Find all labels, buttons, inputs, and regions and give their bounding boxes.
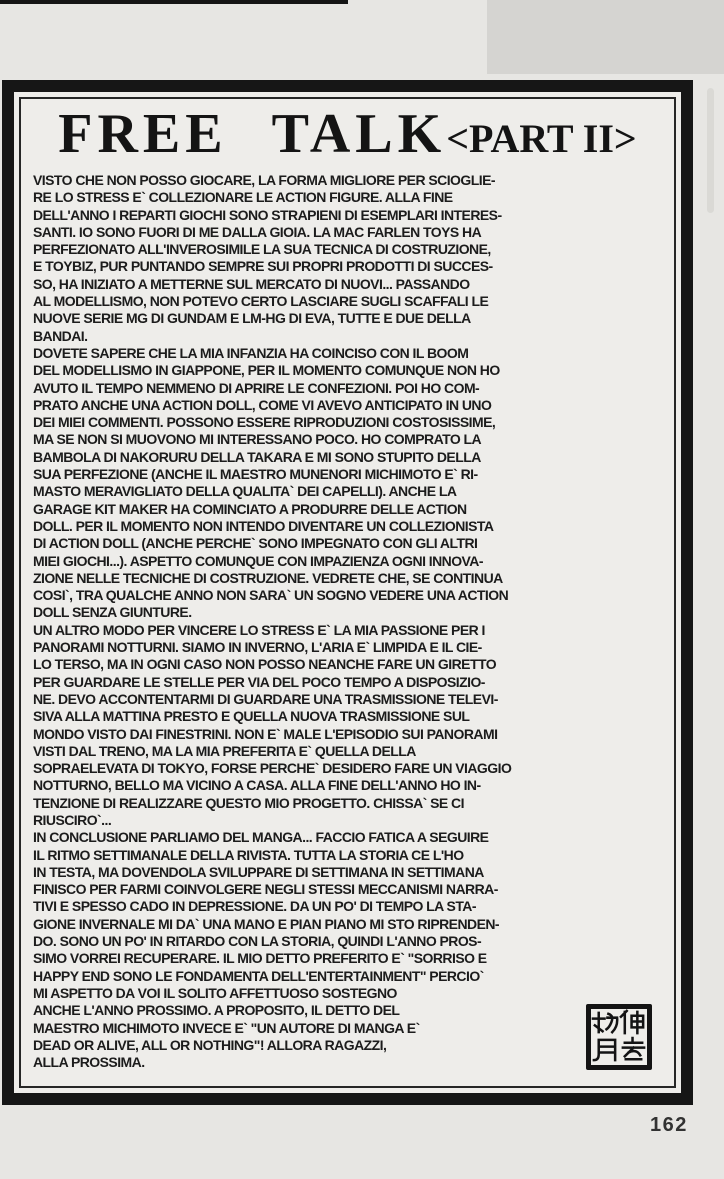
text-line: VISTO CHE NON POSSO GIOCARE, LA FORMA MI… — [33, 172, 683, 189]
text-line: HAPPY END SONO LE FONDAMENTA DELL'ENTERT… — [33, 968, 683, 985]
text-line: DELL'ANNO I REPARTI GIOCHI SONO STRAPIEN… — [33, 207, 683, 224]
text-line: ZIONE NELLE TECNICHE DI COSTRUZIONE. VED… — [33, 570, 683, 587]
text-line: MIEI GIOCHI...). ASPETTO COMUNQUE CON IM… — [33, 553, 683, 570]
text-line: UN ALTRO MODO PER VINCERE LO STRESS E` L… — [33, 622, 683, 639]
text-line: IN TESTA, MA DOVENDOLA SVILUPPARE DI SET… — [33, 864, 683, 881]
text-line: E TOYBIZ, PUR PUNTANDO SEMPRE SUI PROPRI… — [33, 258, 683, 275]
text-line: DOLL. PER IL MOMENTO NON INTENDO DIVENTA… — [33, 518, 683, 535]
text-line: VISTI DAL TRENO, MA LA MIA PREFERITA E` … — [33, 743, 683, 760]
text-line: PER GUARDARE LE STELLE PER VIA DEL POCO … — [33, 674, 683, 691]
text-line: AVUTO IL TEMPO NEMMENO DI APRIRE LE CONF… — [33, 380, 683, 397]
text-line: SO, HA INIZIATO A METTERNE SUL MERCATO D… — [33, 276, 683, 293]
text-line: RE LO STRESS E` COLLEZIONARE LE ACTION F… — [33, 189, 683, 206]
scan-edge-streak — [707, 88, 714, 213]
title-word-talk: TALK — [272, 103, 447, 165]
text-line: DEI MIEI COMMENTI. POSSONO ESSERE RIPROD… — [33, 414, 683, 431]
body-text: VISTO CHE NON POSSO GIOCARE, LA FORMA MI… — [33, 172, 683, 1071]
text-line: LO TERSO, MA IN OGNI CASO NON POSSO NEAN… — [33, 656, 683, 673]
text-line: NUOVE SERIE MG DI GUNDAM E LM-HG DI EVA,… — [33, 310, 683, 327]
text-line: SANTI. IO SONO FUORI DI ME DALLA GIOIA. … — [33, 224, 683, 241]
text-line: SUA PERFEZIONE (ANCHE IL MAESTRO MUNENOR… — [33, 466, 683, 483]
page-title: FREETALK<PART II> — [14, 105, 681, 164]
text-line: GIONE INVERNALE MI DA` UNA MANO E PIAN P… — [33, 916, 683, 933]
text-line: DOLL SENZA GIUNTURE. — [33, 604, 683, 621]
title-word-free: FREE — [58, 103, 227, 165]
text-line: MASTO MERAVIGLIATO DELLA QUALITA` DEI CA… — [33, 483, 683, 500]
text-line: IL RITMO SETTIMANALE DELLA RIVISTA. TUTT… — [33, 847, 683, 864]
text-line: DO. SONO UN PO' IN RITARDO CON LA STORIA… — [33, 933, 683, 950]
page-number: 162 — [650, 1114, 688, 1137]
text-line: SIMO VORREI RECUPERARE. IL MIO DETTO PRE… — [33, 950, 683, 967]
text-line: NOTTURNO, BELLO MA VICINO A CASA. ALLA F… — [33, 777, 683, 794]
text-line: GARAGE KIT MAKER HA COMINCIATO A PRODURR… — [33, 501, 683, 518]
text-line: SOPRAELEVATA DI TOKYO, FORSE PERCHE` DES… — [33, 760, 683, 777]
text-line: DI ACTION DOLL (ANCHE PERCHE` SONO IMPEG… — [33, 535, 683, 552]
text-line: IN CONCLUSIONE PARLIAMO DEL MANGA... FAC… — [33, 829, 683, 846]
text-line: MI ASPETTO DA VOI IL SOLITO AFFETTUOSO S… — [33, 985, 683, 1002]
text-line: BANDAI. — [33, 328, 683, 345]
text-line: RIUSCIRO`... — [33, 812, 683, 829]
text-line: AL MODELLISMO, NON POTEVO CERTO LASCIARE… — [33, 293, 683, 310]
text-line: NE. DEVO ACCONTENTARMI DI GUARDARE UNA T… — [33, 691, 683, 708]
text-line: TIVI E SPESSO CADO IN DEPRESSIONE. DA UN… — [33, 898, 683, 915]
seal-kanji-icon — [591, 1009, 647, 1065]
text-line: BAMBOLA DI NAKORURU DELLA TAKARA E MI SO… — [33, 449, 683, 466]
text-line: DOVETE SAPERE CHE LA MIA INFANZIA HA COI… — [33, 345, 683, 362]
text-line: TENZIONE DI REALIZZARE QUESTO MIO PROGET… — [33, 795, 683, 812]
text-line: PANORAMI NOTTURNI. SIAMO IN INVERNO, L'A… — [33, 639, 683, 656]
scan-artifact-top-line — [0, 0, 348, 4]
scan-shadow — [487, 0, 724, 74]
text-line: SIVA ALLA MATTINA PRESTO E QUELLA NUOVA … — [33, 708, 683, 725]
title-part-label: <PART II> — [446, 116, 637, 161]
text-line: PRATO ANCHE UNA ACTION DOLL, COME VI AVE… — [33, 397, 683, 414]
text-line: MA SE NON SI MUOVONO MI INTERESSANO POCO… — [33, 431, 683, 448]
text-line: MONDO VISTO DAI FINESTRINI. NON E` MALE … — [33, 726, 683, 743]
text-line: FINISCO PER FARMI COINVOLGERE NEGLI STES… — [33, 881, 683, 898]
author-seal — [586, 1004, 652, 1070]
text-line: COSI`, TRA QUALCHE ANNO NON SARA` UN SOG… — [33, 587, 683, 604]
text-line: DEL MODELLISMO IN GIAPPONE, PER IL MOMEN… — [33, 362, 683, 379]
text-line: PERFEZIONATO ALL'INVEROSIMILE LA SUA TEC… — [33, 241, 683, 258]
